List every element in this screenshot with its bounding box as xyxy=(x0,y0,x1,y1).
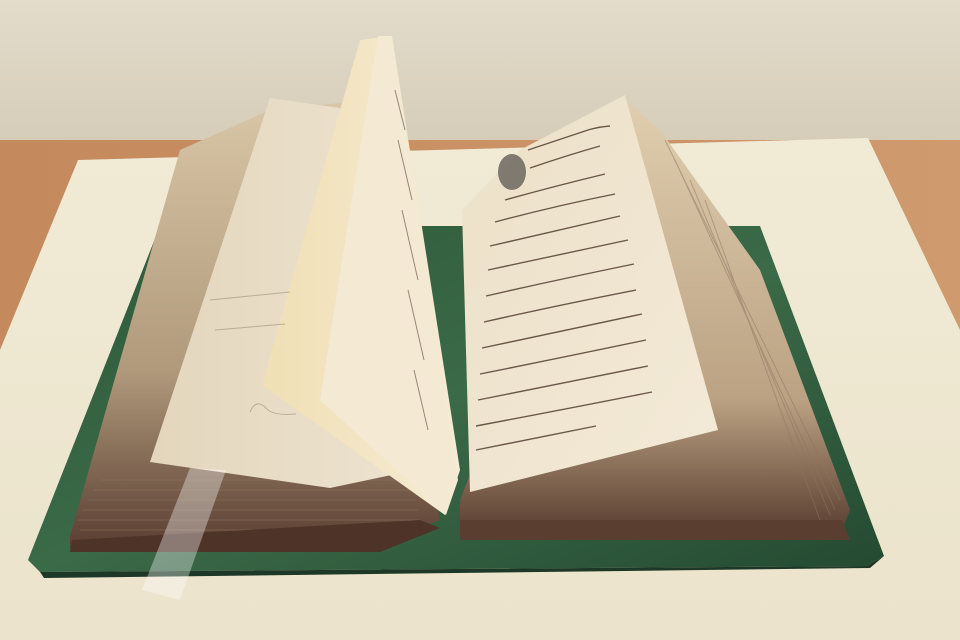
ink-seal xyxy=(498,154,526,190)
book-photo xyxy=(0,0,960,640)
photo-scene xyxy=(0,0,960,640)
